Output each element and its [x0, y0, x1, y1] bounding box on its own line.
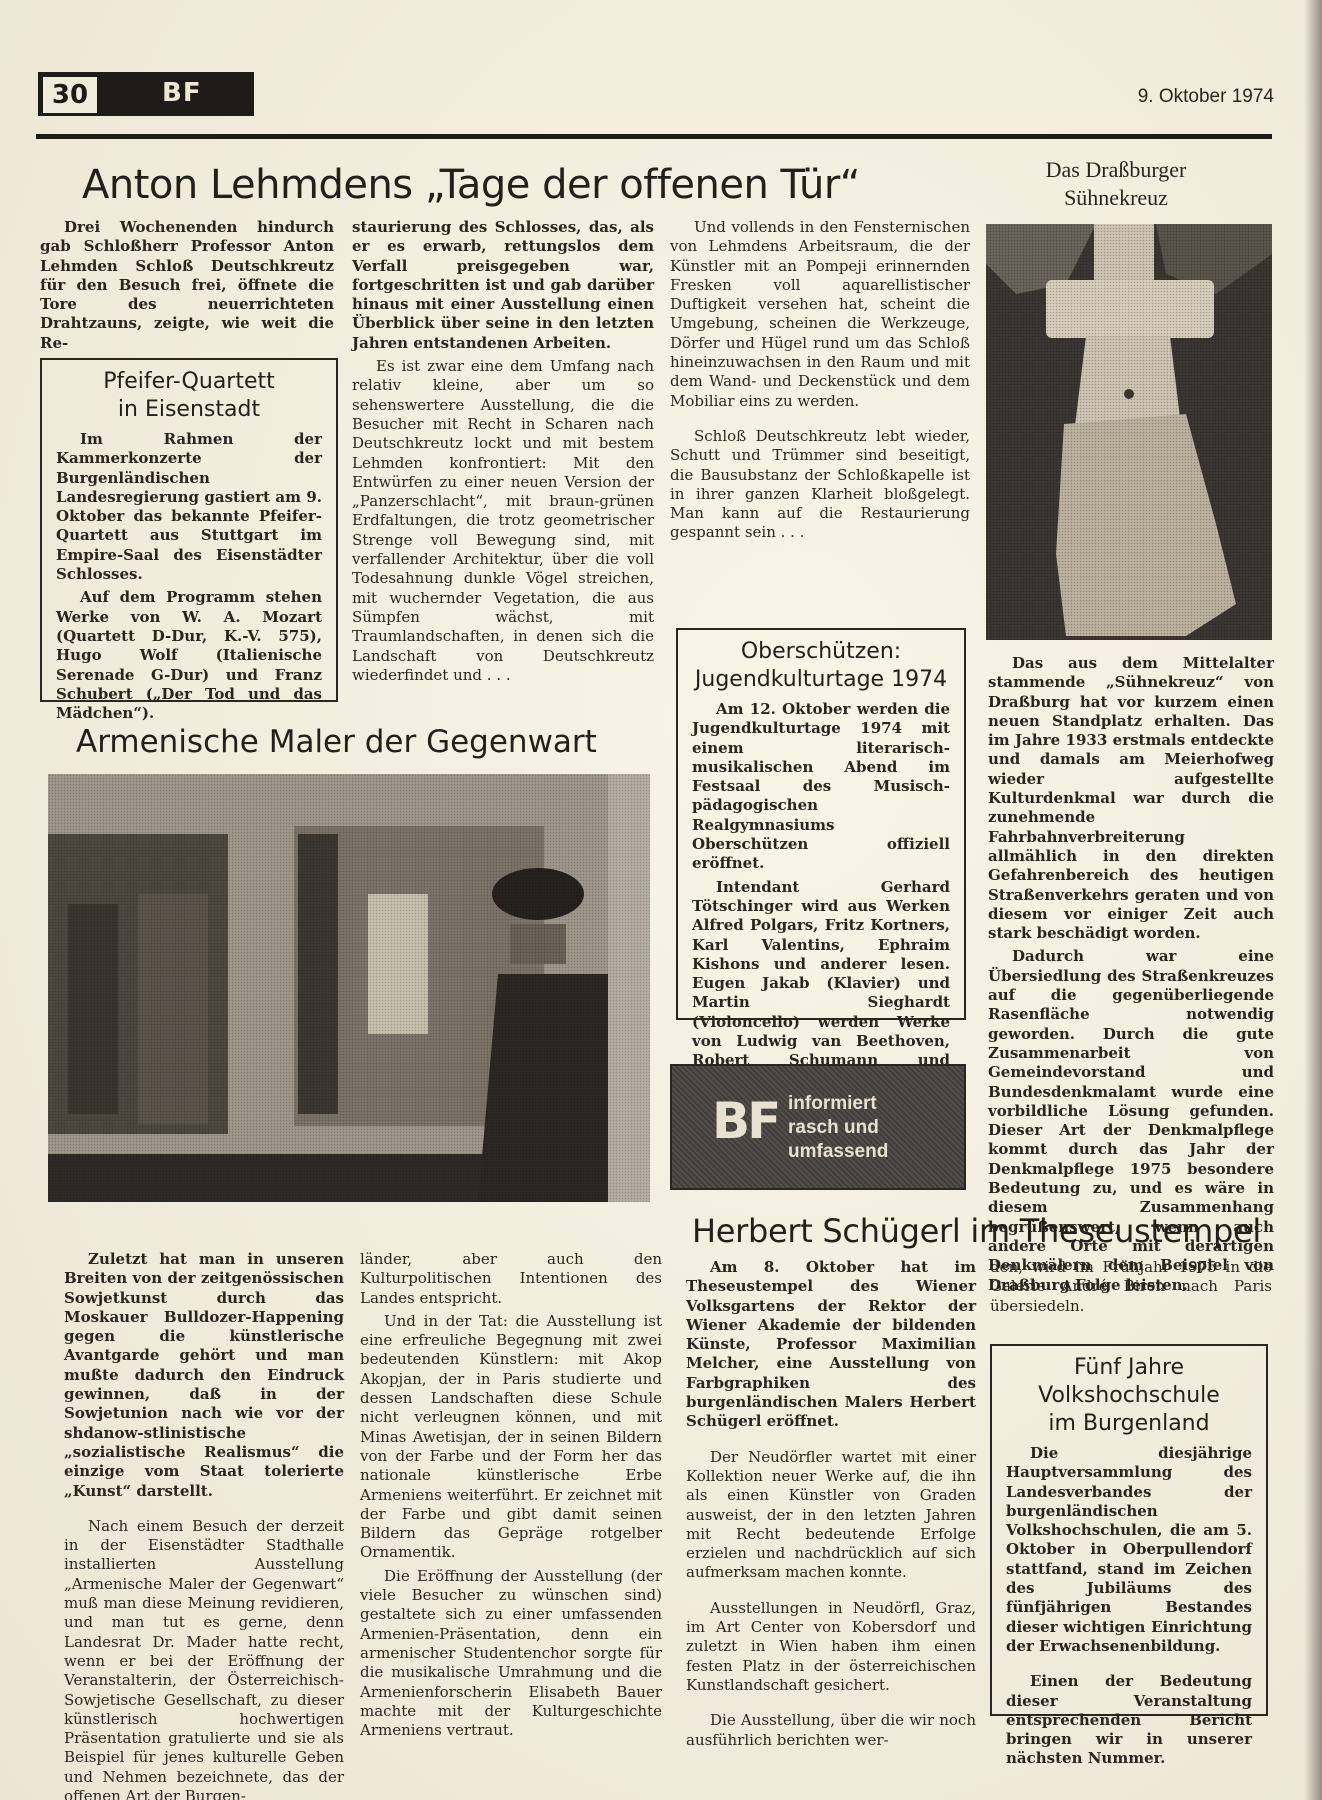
bf-promo-text: informiert rasch und umfassend [788, 1092, 888, 1164]
pfeifer-title-line2: in Eisenstadt [118, 397, 260, 422]
bf-promo-logo: BF [712, 1092, 778, 1150]
oberschuetzen-title: Oberschützen: Jugendkulturtage 1974 [692, 638, 950, 694]
vhs-title-line3: im Burgenland [1048, 1411, 1209, 1436]
armenian-col2-p1: länder, aber auch den Kulturpolitischen … [360, 1250, 662, 1308]
page-edge-shadow [1304, 0, 1322, 1800]
vhs-p2: Einen der Bedeutung dieser Veranstaltung… [1006, 1672, 1252, 1768]
bf-promo-box: BF informiert rasch und umfassend [670, 1064, 966, 1190]
schuegerl-p1: Am 8. Oktober hat im Theseustempel des W… [686, 1258, 976, 1432]
bf-promo-line2: rasch und [788, 1117, 879, 1138]
vhs-title: Fünf Jahre Volkshochschule im Burgenland [1006, 1354, 1252, 1438]
schuegerl-p4: Die Ausstellung, über die wir noch ausfü… [686, 1711, 976, 1750]
pfeifer-title-line1: Pfeifer-Quartett [103, 369, 275, 394]
armenian-col1: Zuletzt hat man in unseren Breiten von d… [64, 1250, 344, 1800]
schuegerl-col1: Am 8. Oktober hat im Theseustempel des W… [686, 1258, 976, 1750]
lehmden-col3-p1: Und vollends in den Fensternischen von L… [670, 218, 970, 411]
oberschuetzen-title-line2: Jugendkulturtage 1974 [695, 667, 947, 692]
oberschuetzen-p1: Am 12. Oktober werden die Jugendkulturta… [692, 700, 950, 874]
oberschuetzen-title-line1: Oberschützen: [741, 639, 901, 664]
lehmden-col3: Und vollends in den Fensternischen von L… [670, 218, 970, 543]
lehmden-col2-lead: staurierung des Schlosses, das, als er e… [352, 218, 654, 353]
page-number: 30 [42, 76, 98, 114]
pfeifer-title: Pfeifer-Quartett in Eisenstadt [56, 368, 322, 424]
oberschuetzen-p2: Intendant Gerhard Tötschinger wird aus W… [692, 878, 950, 1090]
schuegerl-col2: den, wird im Frühjahr 1975 in die Galeri… [990, 1258, 1272, 1316]
lehmden-lead: Drei Wochenenden hindurch gab Schloßherr… [40, 218, 334, 353]
exhibition-image [48, 774, 650, 1202]
vhs-p1: Die diesjährige Hauptversammlung des Lan… [1006, 1444, 1252, 1656]
sidebar-cross-p1: Das aus dem Mittelalter stammende „Sühne… [988, 654, 1274, 943]
cross-image [986, 224, 1272, 640]
header-rule [36, 134, 1272, 139]
headline-armenian: Armenische Maler der Gegenwart [76, 724, 597, 760]
bf-logo: BF [162, 78, 202, 108]
sidebar-cross-title-line1: Das Draßburger [1046, 157, 1187, 182]
pfeifer-p1: Im Rahmen der Kammerkonzerte der Burgenl… [56, 430, 322, 584]
issue-date: 9. Oktober 1974 [1138, 86, 1274, 108]
lehmden-col2-p2: Es ist zwar eine dem Umfang nach relativ… [352, 357, 654, 685]
vhs-title-line2: Volkshochschule [1038, 1383, 1220, 1408]
cross-photo [986, 224, 1272, 640]
schuegerl-p4-cont: den, wird im Frühjahr 1975 in die Galeri… [990, 1258, 1272, 1316]
sidebar-cross-text: Das aus dem Mittelalter stammende „Sühne… [988, 654, 1274, 1295]
bf-promo-line1: informiert [788, 1093, 877, 1114]
sidebar-cross-title-line2: Sühnekreuz [1064, 185, 1168, 210]
pfeifer-box: Pfeifer-Quartett in Eisenstadt Im Rahmen… [40, 358, 338, 702]
sidebar-cross-title: Das Draßburger Sühnekreuz [1016, 156, 1216, 212]
lehmden-col1: Drei Wochenenden hindurch gab Schloßherr… [40, 218, 334, 353]
armenian-col1-p2: Nach einem Besuch der derzeit in der Eis… [64, 1517, 344, 1800]
vhs-title-line1: Fünf Jahre [1074, 1355, 1184, 1380]
schuegerl-p3: Ausstellungen in Neudörfl, Graz, im Art … [686, 1599, 976, 1695]
lehmden-col3-p2: Schloß Deutschkreutz lebt wieder, Schutt… [670, 427, 970, 543]
exhibition-photo [48, 774, 650, 1202]
oberschuetzen-box: Oberschützen: Jugendkulturtage 1974 Am 1… [676, 628, 966, 1020]
vhs-box: Fünf Jahre Volkshochschule im Burgenland… [990, 1344, 1268, 1716]
pfeifer-p2: Auf dem Programm stehen Werke von W. A. … [56, 588, 322, 723]
armenian-col2: länder, aber auch den Kulturpolitischen … [360, 1250, 662, 1740]
bf-promo-line3: umfassend [788, 1141, 888, 1162]
armenian-col2-p3: Die Eröffnung der Ausstellung (der viele… [360, 1567, 662, 1741]
armenian-col2-p2: Und in der Tat: die Ausstellung ist eine… [360, 1312, 662, 1563]
headline-lehmden: Anton Lehmdens „Tage der offenen Tür“ [82, 162, 860, 208]
armenian-col1-p1: Zuletzt hat man in unseren Breiten von d… [64, 1250, 344, 1501]
masthead-bar: 30 BF [38, 72, 254, 116]
headline-schuegerl: Herbert Schügerl im Theseustempel [692, 1212, 1261, 1250]
schuegerl-p2: Der Neudörfler wartet mit einer Kollekti… [686, 1448, 976, 1583]
lehmden-col2: staurierung des Schlosses, das, als er e… [352, 218, 654, 685]
